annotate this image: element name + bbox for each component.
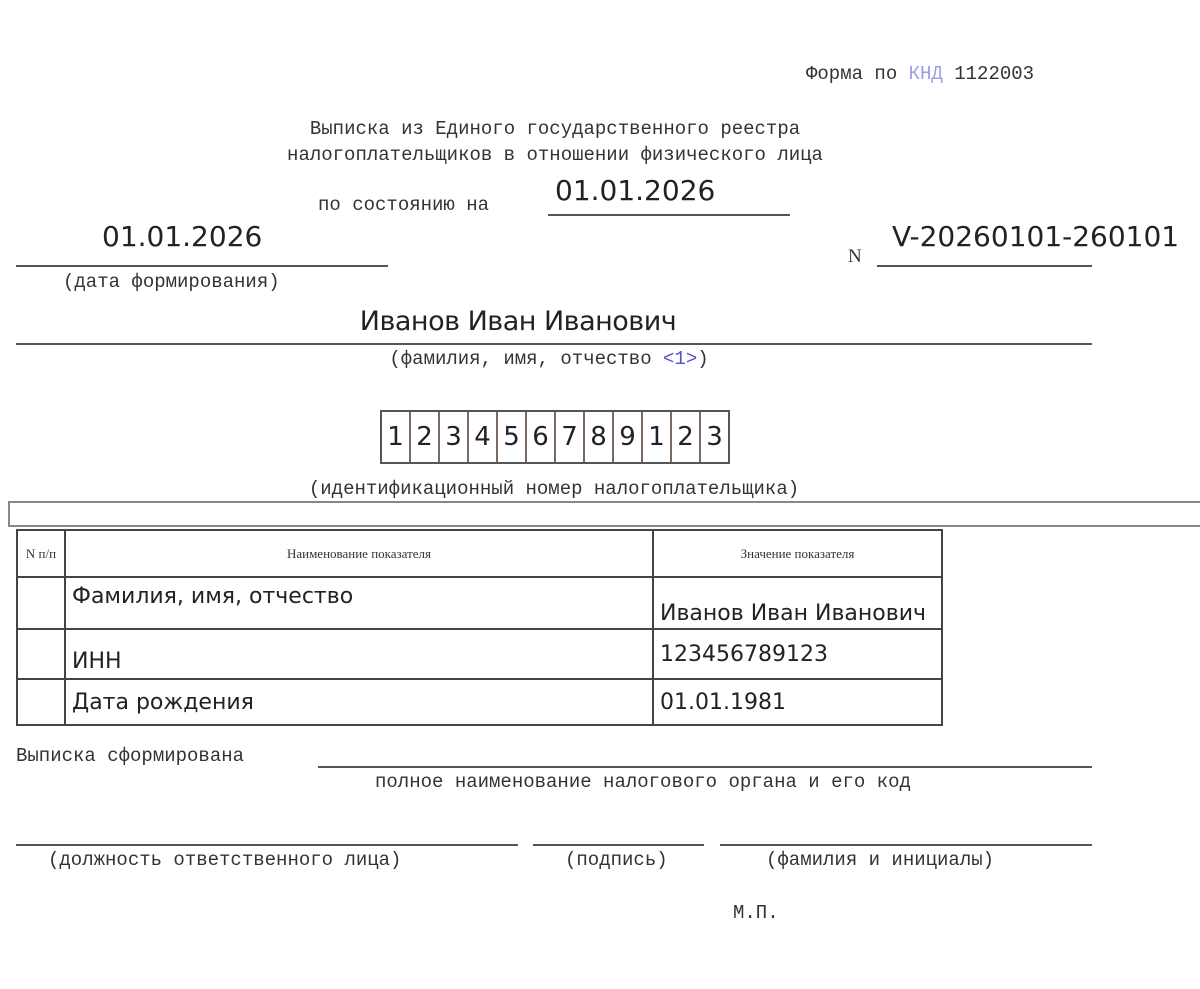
inn-digit-box: 2 (409, 412, 438, 462)
issued-by-caption: полное наименование налогового органа и … (375, 771, 911, 793)
as-of-label: по состоянию на (318, 194, 489, 216)
row-number (17, 679, 65, 725)
row-value: Иванов Иван Иванович (653, 577, 942, 629)
title-line-2: налогоплательщиков в отношении физическо… (0, 142, 1110, 168)
row-number (17, 577, 65, 629)
row-number (17, 629, 65, 679)
as-of-underline (548, 214, 790, 216)
inn-digit-box: 3 (699, 412, 728, 462)
caption-text: (фамилия, имя, отчество (389, 348, 663, 370)
inn-caption: (идентификационный номер налогоплательщи… (0, 478, 1108, 500)
inn-digit-box: 7 (554, 412, 583, 462)
row-value: 123456789123 (653, 629, 942, 679)
document-title: Выписка из Единого государственного реес… (0, 116, 1110, 168)
signature-caption: (подпись) (565, 849, 668, 871)
footnote-link[interactable]: <1> (663, 348, 697, 370)
table-row: Дата рождения 01.01.1981 (17, 679, 942, 725)
form-code: Форма по КНД 1122003 (806, 63, 1034, 85)
row-name: Дата рождения (65, 679, 653, 725)
issued-by-underline (318, 766, 1092, 768)
issued-by-label: Выписка сформирована (16, 745, 244, 767)
row-name: Фамилия, имя, отчество (65, 577, 653, 629)
blank-field (8, 501, 1200, 527)
generation-date-underline (16, 265, 388, 267)
header-name: Наименование показателя (65, 530, 653, 577)
inn-digit-box: 4 (467, 412, 496, 462)
name-initials-caption: (фамилия и инициалы) (766, 849, 994, 871)
header-value: Значение показателя (653, 530, 942, 577)
number-underline (877, 265, 1092, 267)
caption-text: ) (697, 348, 708, 370)
indicators-table: N п/п Наименование показателя Значение п… (16, 529, 943, 726)
row-value: 01.01.1981 (653, 679, 942, 725)
inn-digit-box: 2 (670, 412, 699, 462)
position-caption: (должность ответственного лица) (48, 849, 401, 871)
full-name-caption: (фамилия, имя, отчество <1>) (0, 348, 1098, 370)
inn-digit-box: 1 (641, 412, 670, 462)
table-row: Фамилия, имя, отчество Иванов Иван Ивано… (17, 577, 942, 629)
signature-underline (533, 844, 704, 846)
name-initials-underline (720, 844, 1092, 846)
as-of-date: 01.01.2026 (555, 174, 715, 207)
row-name: ИНН (65, 629, 653, 679)
inn-digit-box: 1 (382, 412, 409, 462)
inn-digit-box: 9 (612, 412, 641, 462)
form-code-prefix: Форма по (806, 63, 909, 85)
table-row: ИНН 123456789123 (17, 629, 942, 679)
position-underline (16, 844, 518, 846)
inn-boxes: 1 2 3 4 5 6 7 8 9 1 2 3 (380, 410, 730, 464)
generation-date-caption: (дата формирования) (63, 271, 280, 293)
title-line-1: Выписка из Единого государственного реес… (0, 116, 1110, 142)
stamp-place: М.П. (733, 902, 779, 924)
header-number: N п/п (17, 530, 65, 577)
inn-digit-box: 5 (496, 412, 525, 462)
table-header-row: N п/п Наименование показателя Значение п… (17, 530, 942, 577)
full-name: Иванов Иван Иванович (0, 306, 1036, 337)
inn-digit-box: 6 (525, 412, 554, 462)
form-code-number: 1122003 (943, 63, 1034, 85)
generation-date: 01.01.2026 (102, 220, 262, 253)
inn-digit-box: 8 (583, 412, 612, 462)
document-number: V-20260101-260101 (892, 220, 1179, 253)
inn-digit-box: 3 (438, 412, 467, 462)
full-name-underline (16, 343, 1092, 345)
number-label: N (848, 246, 862, 268)
knd-link[interactable]: КНД (909, 63, 943, 85)
